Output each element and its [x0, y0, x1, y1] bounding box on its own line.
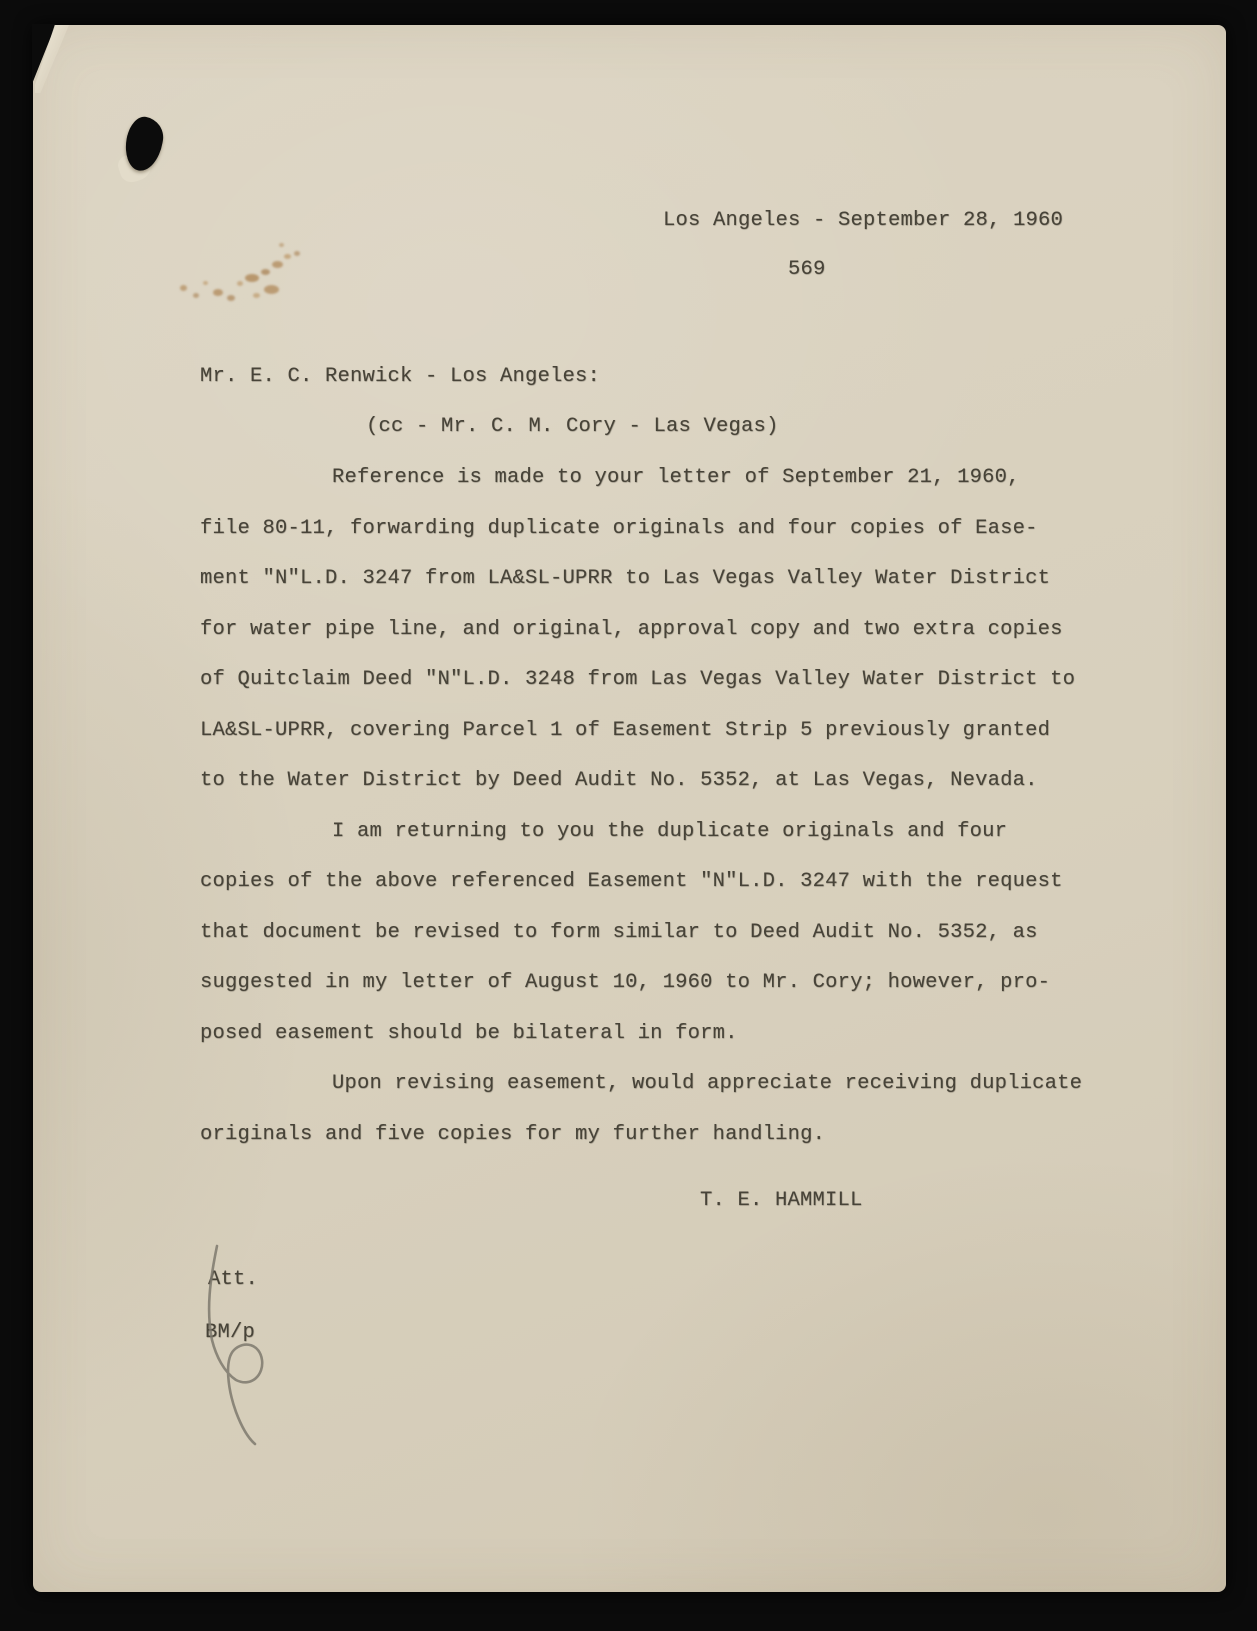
body-line: I am returning to you the duplicate orig… [200, 819, 1082, 870]
body-line: LA&SL-UPRR, covering Parcel 1 of Easemen… [200, 718, 1082, 769]
body-line: copies of the above referenced Easement … [200, 869, 1082, 920]
stain-blob [284, 254, 291, 259]
body-line: of Quitclaim Deed "N"L.D. 3248 from Las … [200, 667, 1082, 718]
body-line: Upon revising easement, would appreciate… [200, 1071, 1082, 1122]
stain-blob [180, 285, 187, 291]
stain-blob [203, 281, 208, 285]
stain-blob [261, 269, 270, 275]
stain-blob [279, 243, 284, 247]
scan-background: Los Angeles - September 28, 1960 569 Mr.… [0, 0, 1257, 1631]
addressee-line: Mr. E. C. Renwick - Los Angeles: [200, 364, 600, 390]
body-line: Reference is made to your letter of Sept… [200, 465, 1082, 516]
stain-blob [213, 289, 223, 296]
body-line: ment "N"L.D. 3247 from LA&SL-UPRR to Las… [200, 566, 1082, 617]
date-line: Los Angeles - September 28, 1960 [663, 208, 1063, 234]
body-line: suggested in my letter of August 10, 196… [200, 970, 1082, 1021]
page-number: 569 [788, 257, 826, 283]
stain-blob [227, 295, 235, 301]
stain-blob [193, 293, 199, 298]
stain-blob [237, 281, 243, 286]
stain-blob [272, 261, 283, 268]
attachment-note: Att. [208, 1267, 258, 1293]
signature-name: T. E. HAMMILL [700, 1188, 863, 1214]
body-line: to the Water District by Deed Audit No. … [200, 768, 1082, 819]
letter-page: Los Angeles - September 28, 1960 569 Mr.… [33, 25, 1226, 1592]
stain-blob [253, 293, 260, 298]
stain-blob [264, 285, 279, 294]
letter-body: Reference is made to your letter of Sept… [200, 465, 1082, 1172]
cc-line: (cc - Mr. C. M. Cory - Las Vegas) [366, 414, 779, 440]
body-line: posed easement should be bilateral in fo… [200, 1021, 1082, 1072]
body-line: that document be revised to form similar… [200, 920, 1082, 971]
body-line: originals and five copies for my further… [200, 1122, 1082, 1173]
typist-initials: BM/p [205, 1320, 255, 1346]
body-line: for water pipe line, and original, appro… [200, 617, 1082, 668]
stain-blob [294, 251, 300, 256]
stain-blob [245, 274, 259, 282]
body-line: file 80-11, forwarding duplicate origina… [200, 516, 1082, 567]
